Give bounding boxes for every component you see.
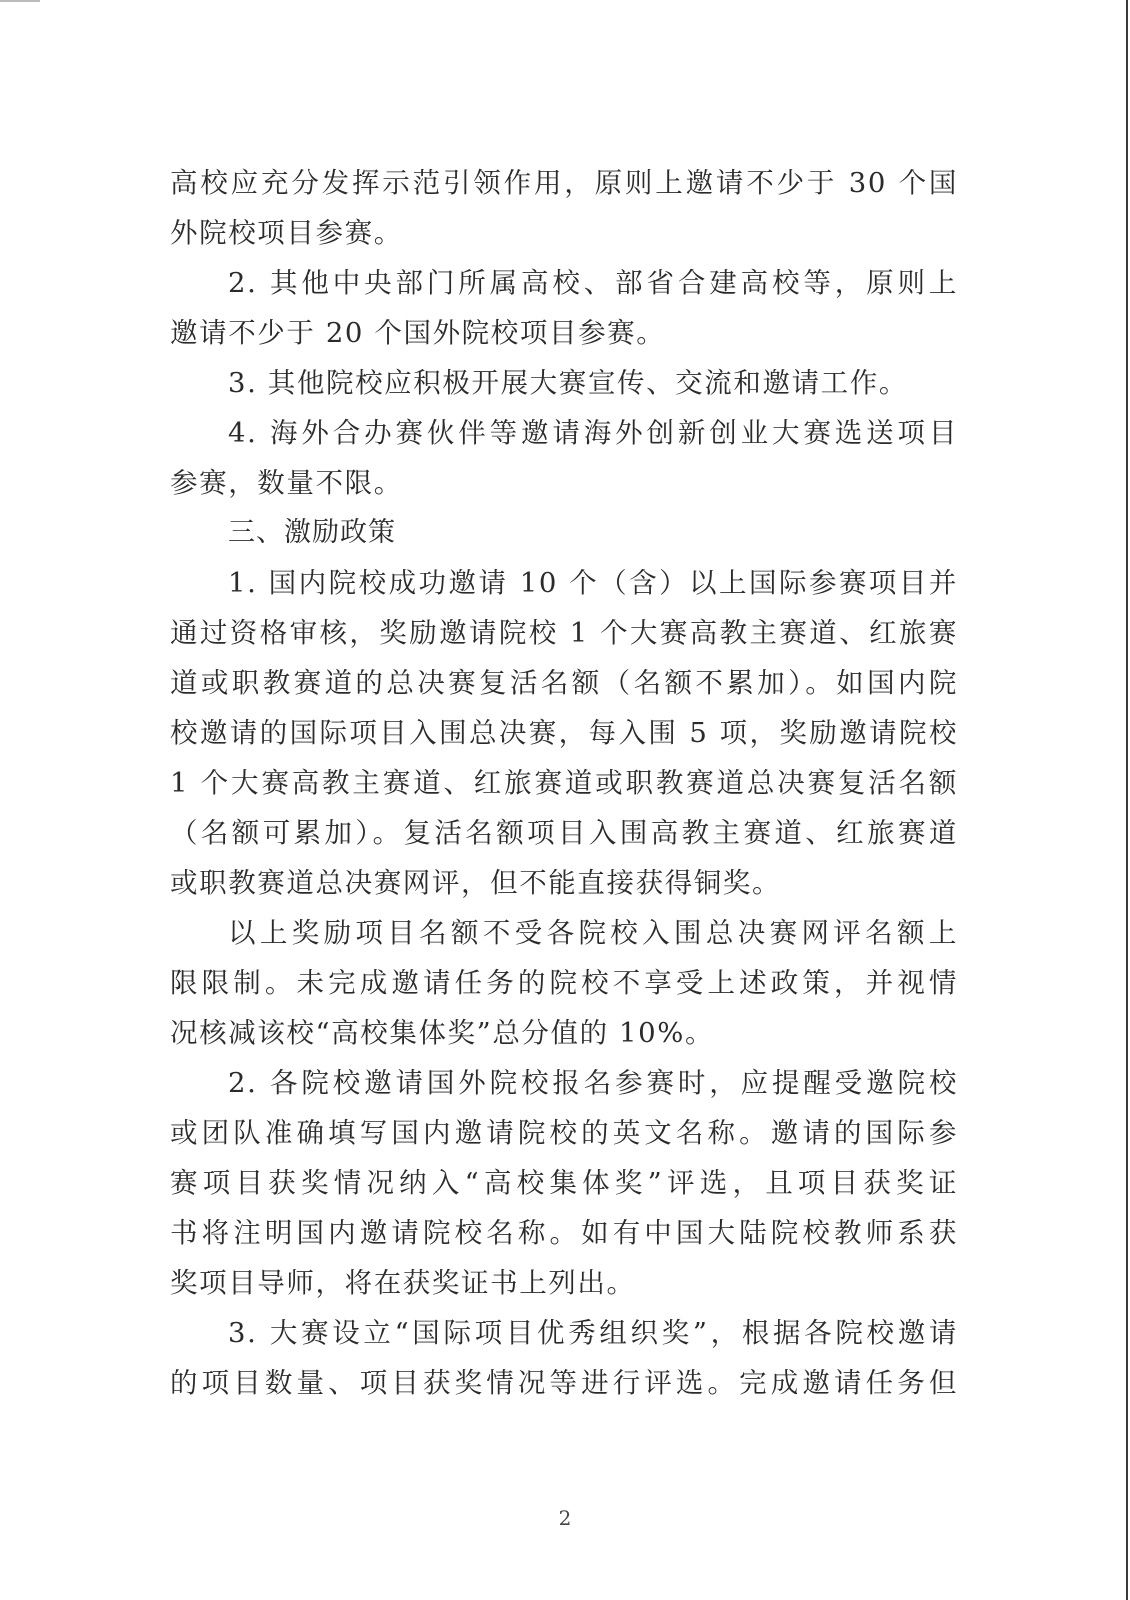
text-line: 参赛，数量不限。 — [170, 458, 958, 508]
text-line: 的项目数量、项目获奖情况等进行评选。完成邀请任务但 — [170, 1358, 958, 1408]
text-line: 赛项目获奖情况纳入“高校集体奖”评选，且项目获奖证 — [170, 1158, 958, 1208]
text-line: （名额可累加）。复活名额项目入围高教主赛道、红旅赛道 — [170, 808, 958, 858]
text-line: 奖项目导师，将在获奖证书上列出。 — [170, 1258, 958, 1308]
text-line: 高校应充分发挥示范引领作用，原则上邀请不少于 30 个国 — [170, 158, 958, 208]
text-line: 3. 其他院校应积极开展大赛宣传、交流和邀请工作。 — [170, 358, 958, 408]
section-heading: 三、激励政策 — [170, 508, 958, 558]
text-line: 邀请不少于 20 个国外院校项目参赛。 — [170, 308, 958, 358]
text-line: 限限制。未完成邀请任务的院校不享受上述政策，并视情 — [170, 958, 958, 1008]
text-line: 或团队准确填写国内邀请院校的英文名称。邀请的国际参 — [170, 1108, 958, 1158]
text-line: 1 个大赛高教主赛道、红旅赛道或职教赛道总决赛复活名额 — [170, 758, 958, 808]
text-line: 道或职教赛道的总决赛复活名额（名额不累加）。如国内院 — [170, 658, 958, 708]
text-line: 况核减该校“高校集体奖”总分值的 10%。 — [170, 1008, 958, 1058]
text-line: 外院校项目参赛。 — [170, 208, 958, 258]
document-body: 高校应充分发挥示范引领作用，原则上邀请不少于 30 个国 外院校项目参赛。 2.… — [170, 158, 958, 1408]
page-number: 2 — [0, 1506, 1130, 1530]
text-line: 通过资格审核，奖励邀请院校 1 个大赛高教主赛道、红旅赛 — [170, 608, 958, 658]
page-edge — [1126, 0, 1128, 1600]
text-line: 2. 其他中央部门所属高校、部省合建高校等，原则上 — [170, 258, 958, 308]
text-line: 3. 大赛设立“国际项目优秀组织奖”，根据各院校邀请 — [170, 1308, 958, 1358]
text-line: 校邀请的国际项目入围总决赛，每入围 5 项，奖励邀请院校 — [170, 708, 958, 758]
text-line: 4. 海外合办赛伙伴等邀请海外创新创业大赛选送项目 — [170, 408, 958, 458]
text-line: 1. 国内院校成功邀请 10 个（含）以上国际参赛项目并 — [170, 558, 958, 608]
text-line: 2. 各院校邀请国外院校报名参赛时，应提醒受邀院校 — [170, 1058, 958, 1108]
scan-artifact — [0, 0, 40, 2]
text-line: 书将注明国内邀请院校名称。如有中国大陆院校教师系获 — [170, 1208, 958, 1258]
text-line: 或职教赛道总决赛网评，但不能直接获得铜奖。 — [170, 858, 958, 908]
text-line: 以上奖励项目名额不受各院校入围总决赛网评名额上 — [170, 908, 958, 958]
